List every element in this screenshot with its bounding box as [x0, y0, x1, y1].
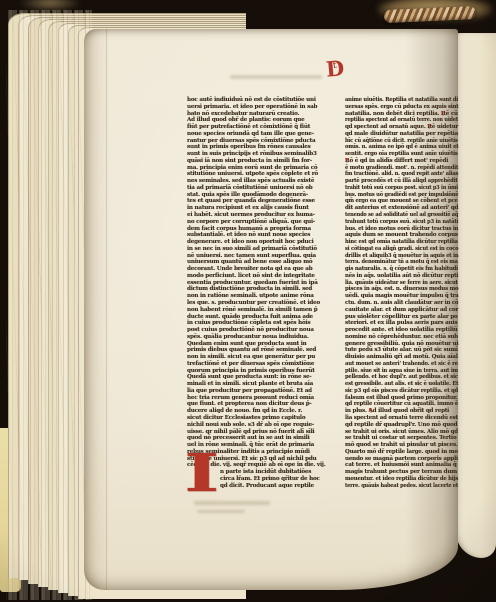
text-line: omīs. n. anima eo ipō qd ē anima uiuit e…	[345, 144, 451, 151]
text-line: in plus. ¶ Ad illud quod obr̄it qd repti	[345, 408, 458, 415]
text-line: diuisio animaliū qr̄i ad motū. Quia aīal	[345, 354, 457, 361]
text-line: uniuersum quantū ad bene esse aliquo mō	[187, 259, 337, 266]
text-line: nes seminales. sed illas spēs actualis e…	[187, 178, 337, 185]
show-through-smudge	[230, 75, 322, 79]
text-line: anime uiuētis. Reptilia et natatilia sun…	[345, 97, 449, 104]
text-line: tenendo se ad soliditatē uel ad grossiti…	[345, 212, 446, 219]
text-line: qd spectent ad ornatū aque. ¶ Itē uidetu…	[345, 124, 455, 131]
text-line: sunt in primis operibus fm rōnes causale…	[187, 144, 337, 151]
text-line: Ad illud quod obr̄ de plantis: eorum que	[187, 117, 337, 124]
text-line: dit anterius et extensiōnē ad anteri' qd	[345, 205, 457, 212]
text-line: stitutiōne uniuersi. utpote spēs cōplete…	[187, 171, 337, 178]
text-line: ducere aliqd de nouo. fm qd in Eccle. r.	[187, 408, 337, 415]
text-line: quod nō precesserit aut in se aut in sim…	[187, 435, 337, 442]
text-line: stat. quia spēs ille quodāmodo degenerā-	[187, 192, 337, 199]
text-line: mō quod se trahit ui pinular ut pisces.	[345, 442, 458, 449]
text-line: hec tria rerum genera possunt reduci omī…	[187, 395, 337, 402]
text-line: minali et in simili. sicut plante et bru…	[187, 381, 337, 388]
text-line: sicut dicitur Ecclesiastes primo capitul…	[187, 415, 337, 422]
text-line: uendo se magnā partem corporis appli	[345, 456, 457, 463]
text-line: se trahit ui costar ut serpentes. Tertio	[345, 435, 458, 442]
text-line: in natura recipiunt et ex alijs causis f…	[187, 205, 337, 212]
text-line: sentit. ergo oīa reptilia sunt anīe uiuē…	[345, 151, 452, 158]
text-line: nēs in aq̄s. uolatilia aūt nō dicūtur re…	[345, 273, 454, 280]
text-line: sic p3 qd oīs pisces dicātur reptilia. e…	[345, 388, 451, 395]
text-line: nichil noui sub sole. s3 dr̄ ab oī ope r…	[187, 422, 337, 429]
text-line: cauitate alar. et dum applicātur ad cor	[345, 307, 458, 314]
text-line: procedit ante. et ideo uolatilia reptili…	[345, 327, 458, 334]
text-line: Quedā sunt que producta sunt: in rōne se…	[187, 374, 337, 381]
text-line: noue species oriundā qd tam ille que gen…	[187, 131, 337, 138]
cover-edge-fuzz	[20, 0, 80, 11]
text-line: si cōtingat ea aliqn̄ gradi. sicut est i…	[345, 246, 448, 253]
text-line: ducte sunt. quādo producta fuit anima ad…	[187, 314, 337, 321]
photo-of-incunable-book: D t hoc autē indiuiduū nō est de cōstitu…	[0, 0, 496, 602]
text-line: bus. motus uō gradiēdi est per impulsiōn…	[345, 192, 448, 199]
text-line: Quedam enim sunt que producta sunt in	[187, 341, 337, 348]
text-line: gis naturalis. s. q̄ cōpetit eis fm habi…	[345, 266, 452, 273]
text-line: nē uniuersi. nec tamen sunt superflua. q…	[187, 253, 337, 260]
text-line: magis trahunt pectus per terram dum	[345, 469, 458, 476]
text-line: lia que producitur per propagatiōnē. Et …	[187, 388, 337, 395]
text-line: non in ratiōne seminali. utpote anime rō…	[187, 293, 337, 300]
text-line: uēdi. quia magis mouētur impulsu q̄ tra	[345, 293, 454, 300]
text-line: qd reptile dr̄ quadrupl'r. Uno mō quod	[345, 422, 458, 429]
text-line: terra. denominātur tn̄ a motu q̄ est eis…	[345, 259, 448, 266]
text-line: quāsi iā non sint producta in simili fm …	[187, 158, 337, 165]
text-line: bus. et ideo motus eorū dicitur tractus …	[345, 226, 451, 233]
red-headmark-D: D t	[326, 57, 350, 83]
text-line: pus uiolēter cōpellitur ex parte alar po	[345, 314, 457, 321]
text-line: sunt in suis principijs et rōnibus semin…	[187, 151, 337, 158]
text-line: no corpore per corruptiōnē aliquā. que q…	[187, 219, 337, 226]
text-line: quorum principia in primis operibus fuer…	[187, 368, 337, 375]
text-line: non habent rōnē seminalē. in simili tame…	[187, 307, 337, 314]
text-column-right: anime uiuētis. Reptilia et natatilia sun…	[345, 97, 458, 489]
book-page: D t hoc autē indiuiduū nō est de cōstitu…	[84, 29, 458, 590]
text-line: trefactiōnē et per diuersas spēs cōmixti…	[187, 361, 337, 368]
text-line: dictum distinctiōne producta in simili. …	[187, 286, 337, 293]
text-line: spēs. quālia producantur noua indiuidua.	[187, 334, 337, 341]
text-line: aquis dum se mouent trahendo corpus	[345, 232, 457, 239]
text-line: qd reptile cōuertitur cū aquatili. immo …	[345, 401, 452, 408]
rubricated-initial-I: I	[184, 451, 219, 497]
text-line: lia. quāuis uideātur se ferre in aere. s…	[345, 280, 450, 287]
text-line: hinc est qd omīa natatilia dicūtur repti…	[345, 239, 450, 246]
text-line: essentia producuntur. quedam fuerint in …	[187, 280, 337, 287]
text-line: ptile. siue sit in aqua siue in terra. a…	[345, 368, 450, 375]
text-line: in se nec in suo simili ad primariā cōst…	[187, 246, 337, 253]
text-line: primis diebus quantū ad rōnē seminalē. s…	[187, 347, 337, 354]
text-line: steriori. et ex illa pulsa aeris pars au…	[345, 320, 458, 327]
text-line: cat terre. et huiusmōi sunt animalia q̄	[345, 462, 458, 469]
text-line: ei habēt. sicut uermes producitur ex hum…	[187, 212, 337, 219]
text-line: qm̄ ergo ea que mouent se cōbent et pce	[345, 198, 451, 205]
text-line: fiūt per putrefactiōnē et cōmixtiōnē q̄ …	[187, 124, 337, 131]
text-line: hoc autē indiuiduū nō est de cōstitutiōe…	[187, 97, 337, 104]
text-line: ma. principia enim eorū sunt de primaria…	[187, 165, 337, 172]
text-line: qd dicit. Producant aque reptile	[220, 483, 337, 490]
text-line: circa lr̄am. Et primo qr̄itur de hoc	[220, 476, 337, 483]
text-line: nomine nō cōprehēduntur. nec etiā sub	[345, 334, 455, 341]
text-line: est gressibile. aut alis. et sic ē uolat…	[345, 381, 450, 388]
text-line: tute pedū s3 ūtute alar. uū pōt sic sumī	[345, 347, 455, 354]
text-line: post cuius productiōnē nō producitur nou…	[187, 327, 337, 334]
text-line: ¶ Rō ē qd in alidīs differt mot' repēdi	[345, 158, 458, 165]
text-line: drillis et aliquib3 q̄ mouētur in aquis …	[345, 253, 449, 260]
text-line: falsum est illud quod primo proponitur.	[345, 395, 454, 402]
text-line: uersas spēs. ergo cū pducta ex aquis sin…	[345, 104, 451, 111]
text-line: pellendo. et hoc dupl'r. aut pedibus. et…	[345, 374, 449, 381]
text-line: aut mouet se anteri' trahendo. et sic ē …	[345, 361, 451, 368]
text-line: decorant. Unde breuiter nota qd ea que a…	[187, 266, 337, 273]
text-line: bīc cū aq̄tiōne cū dicit. reptile anīe u…	[345, 138, 447, 145]
text-line: bato nō excedebatur naturarū creatio.	[187, 111, 337, 118]
text-line: ē motu gradiendi. mot'. n. repēdi attend…	[345, 165, 450, 172]
text-line: ctu. dum. n. auis alit claudātur aer in …	[345, 300, 453, 307]
text-line: trahit totū suū corpus post. sicut p3 in…	[345, 185, 446, 192]
text-line: tia ad primariā cōstitutiōnē uniuersi nō…	[187, 185, 337, 192]
text-line: lia spectent ad ornatū terre dicendū est	[345, 415, 454, 422]
headmark-inner-mark: t	[332, 62, 337, 71]
text-line: fm tractiōnē. alid. n. quod repit ante' …	[345, 171, 448, 178]
text-line: non in simili. sicut ea que generātur pe…	[187, 354, 337, 361]
text-line: que fiunt. et propterea non dicitur deus…	[187, 401, 337, 408]
text-line: substantialē. et ideo nō sunt noue speci…	[187, 232, 337, 239]
text-line: terre. quāuis habeat pedes. sicut lacert…	[345, 483, 446, 490]
text-line: in cuius productiōne cōpleta est spēs hō…	[187, 320, 337, 327]
next-page-edge	[456, 33, 496, 558]
text-line: qd male diuidūtur natatilia per repētia	[345, 131, 457, 138]
text-line: genere gressibiliū. quia nō mouētur ui	[345, 341, 458, 348]
text-line: uersi primaria. et ideo per operatiōnē i…	[187, 104, 337, 111]
text-line: mouentur. et ideo reptilia dicūtur de hi…	[345, 476, 451, 483]
text-line: tes et quasi per quandā degeneratiōne es…	[187, 198, 337, 205]
text-line: natatilia. non debēt dici reptilia. ¶ It…	[345, 111, 457, 118]
text-line: partē procedēs et cū illā aliqd apprehēd…	[345, 178, 450, 185]
endband-braid	[384, 6, 476, 23]
text-line: n parte ista incidūt dubitatiōes	[220, 469, 337, 476]
show-through-smudge	[197, 510, 245, 513]
text-line: pisces in aq̄s. est. n. diuersus modus m…	[345, 286, 453, 293]
text-column-left: hoc autē indiuiduū nō est de cōstitutiōe…	[187, 97, 337, 489]
text-line: rantur per diuersas spēs cōmixtiōne pduc…	[187, 138, 337, 145]
text-line: modo perficiunt. licet nō sint de integr…	[187, 273, 337, 280]
text-line: degenerare. et ideo non oportuit hoc pdu…	[187, 239, 337, 246]
text-line: dem facit corpus humanū a propria forma	[187, 226, 337, 233]
text-line: trahunt totū corpus suū. sicut p3 in nat…	[345, 219, 448, 226]
text-line: Quarto mō dr̄ reptile large. quod in mo	[345, 449, 456, 456]
text-line: reptilia spectent ad ornatū terre. non u…	[345, 117, 446, 124]
text-line: les que. s. producuntur per creatiōnē. e…	[187, 300, 337, 307]
text-line: se trahit ui oris. sicut ūmes. Alio mō q…	[345, 429, 455, 436]
text-line: uisse. qr nihil pālē qd prius nō fuerit …	[187, 429, 337, 436]
